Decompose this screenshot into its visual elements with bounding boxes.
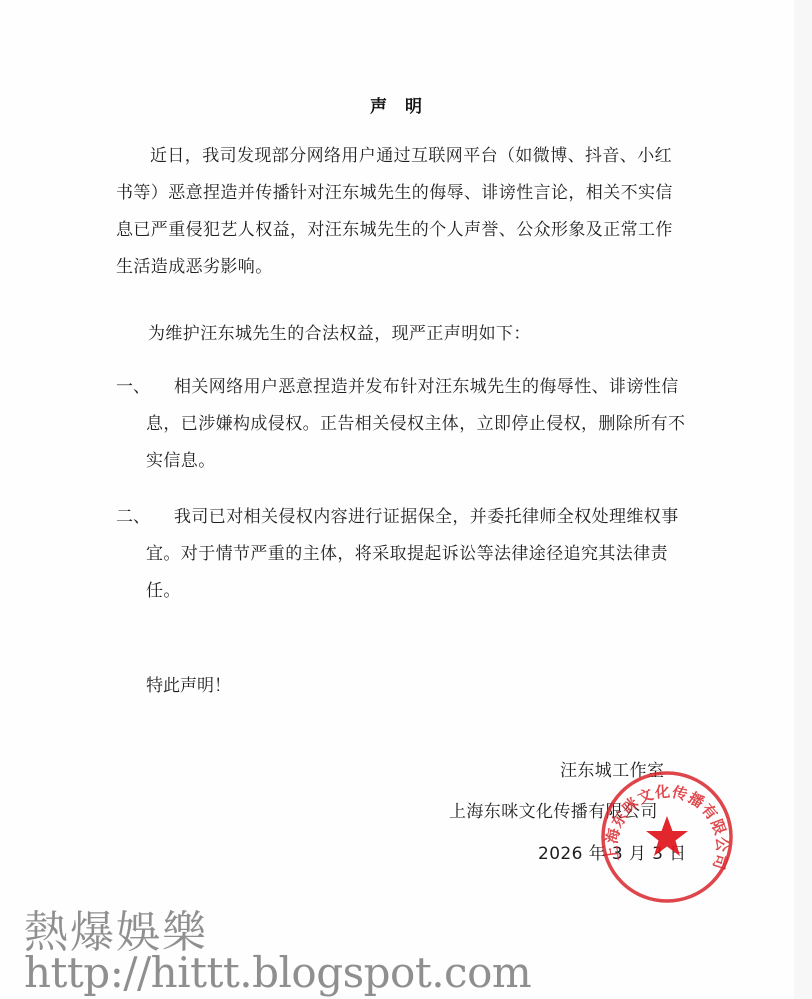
seal-icon: 上海东咪文化传播有限公司: [598, 768, 736, 906]
declaration-item-1: 一、 相关网络用户恶意捏造并发布针对汪东城先生的侮辱性、诽谤性信息，已涉嫌构成侵…: [116, 369, 696, 480]
company-seal-stamp: 上海东咪文化传播有限公司: [598, 768, 736, 906]
page-edge-strip: [794, 0, 812, 999]
declaration-item-2: 二、 我司已对相关侵权内容进行证据保全，并委托律师全权处理维权事宜。对于情节严重…: [116, 499, 696, 610]
paragraph-declaration-lead: 为维护汪东城先生的合法权益，现严正声明如下：: [148, 316, 688, 353]
item-number: 二、: [116, 499, 166, 536]
closing-statement: 特此声明！: [146, 671, 231, 696]
document-title: 声明: [0, 92, 802, 117]
paragraph-intro: 近日，我司发现部分网络用户通过互联网平台（如微博、抖音、小红书等）恶意捏造并传播…: [116, 138, 686, 286]
item-number: 一、: [116, 369, 166, 406]
watermark-url: http://hittt.blogspot.com: [24, 948, 531, 997]
item-text: 我司已对相关侵权内容进行证据保全，并委托律师全权处理维权事宜。对于情节严重的主体…: [146, 499, 686, 610]
item-text: 相关网络用户恶意捏造并发布针对汪东城先生的侮辱性、诽谤性信息，已涉嫌构成侵权。正…: [146, 369, 686, 480]
statement-document: 声明 近日，我司发现部分网络用户通过互联网平台（如微博、抖音、小红书等）恶意捏造…: [0, 0, 794, 999]
